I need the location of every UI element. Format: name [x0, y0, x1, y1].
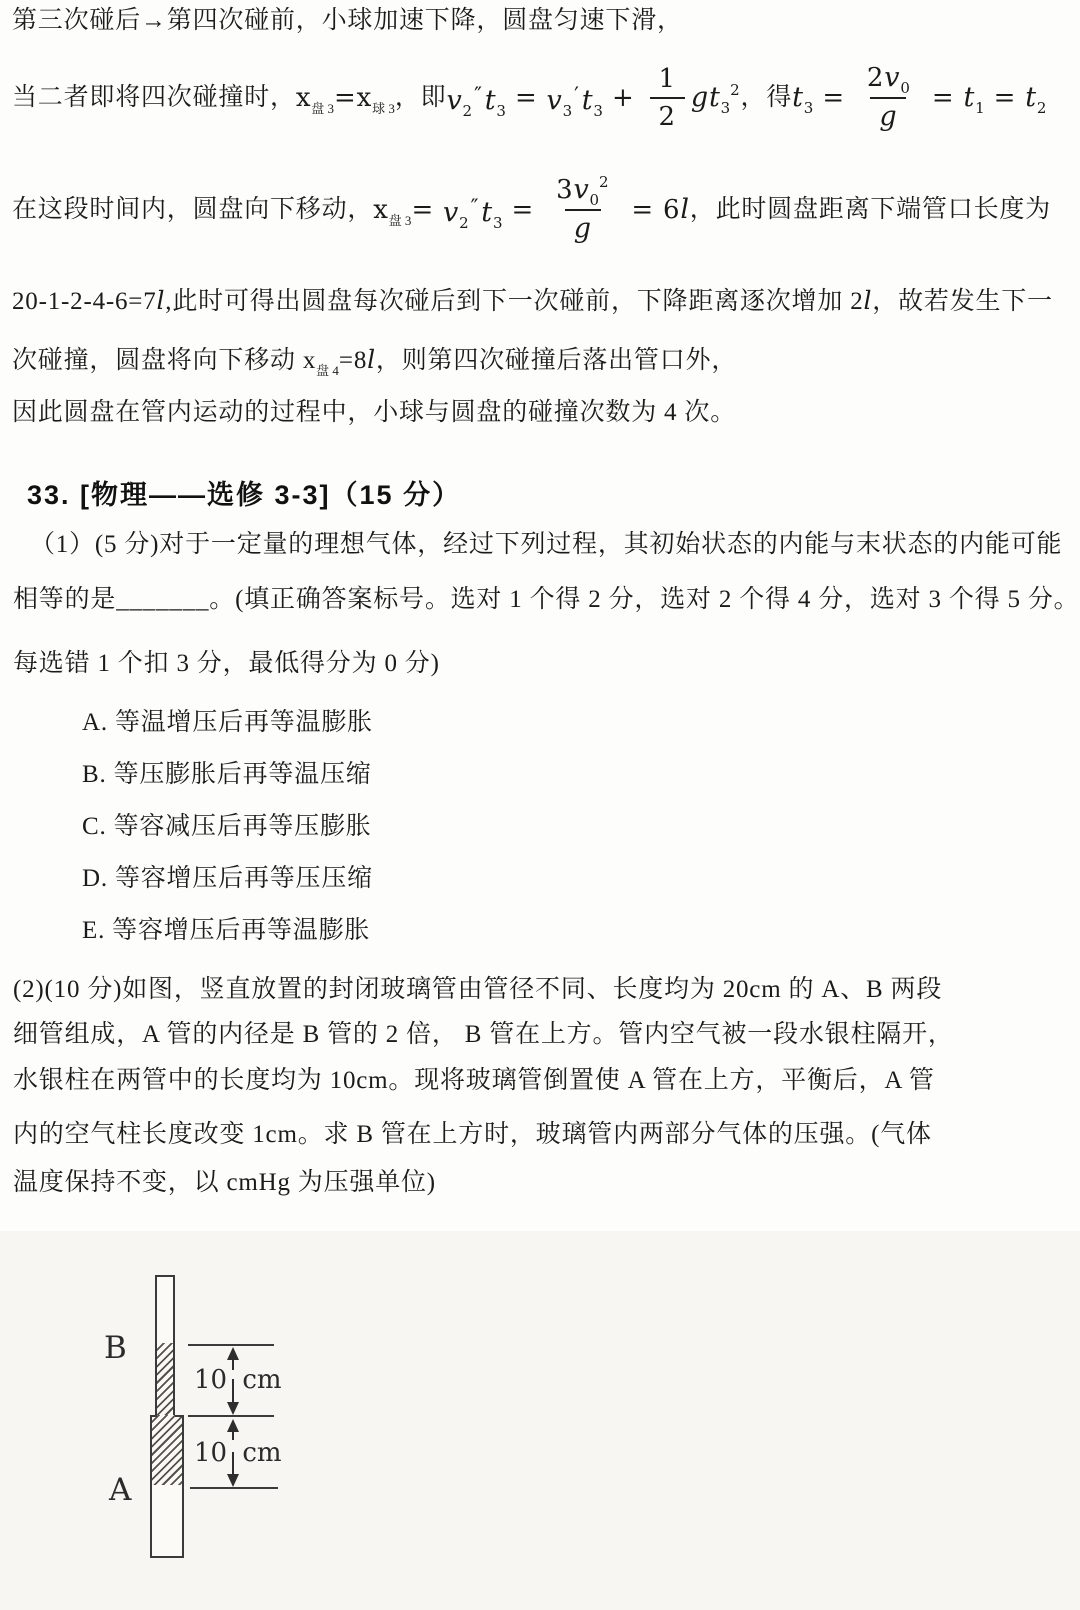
x-pan3-term: x盘 3	[373, 193, 411, 228]
v2-t3-term: v2″t3	[446, 78, 505, 119]
solution-formula-2: 在这段时间内，圆盘向下移动， x盘 3 = v2″t3 = 3v02g = 6l…	[12, 168, 1051, 252]
tube-a-right-shoulder	[175, 1415, 184, 1417]
solution-line-6: 因此圆盘在管内运动的过程中，小球与圆盘的碰撞次数为 4 次。	[12, 397, 736, 429]
solution-line-1: 第三次碰后→第四次碰前，小球加速下降，圆盘匀速下滑，	[12, 5, 683, 37]
t1-term: t1	[963, 81, 984, 116]
solution-line-5: 次碰撞，圆盘将向下移动 x盘 4=8l，则第四次碰撞后落出管口外，	[12, 344, 737, 377]
option-c: C. 等容减压后再等压膨胀	[82, 811, 372, 843]
dim-line-middle	[188, 1415, 274, 1417]
equals-sign: =	[994, 81, 1017, 115]
solution-line-4: 20-1-2-4-6=7l,此时可得出圆盘每次碰后到下一次碰前，下降距离逐次增加…	[12, 285, 1053, 318]
formula1-intro: 当二者即将四次碰撞时，	[12, 81, 296, 115]
equals-sign: =	[411, 193, 434, 227]
q33-part2-line-5: 温度保持不变，以 cmHg 为压强单位)	[13, 1167, 436, 1199]
fraction-3v0sq-over-g: 3v02g	[549, 175, 616, 245]
equals-sign: =	[515, 81, 538, 115]
option-e: E. 等容增压后再等温膨胀	[82, 915, 370, 947]
q33-part2-line-1: (2)(10 分)如图，竖直放置的封闭玻璃管由管径不同、长度均为 20cm 的 …	[13, 974, 942, 1006]
q33-part1-line-2: 相等的是_______。(填正确答案标号。选对 1 个得 2 分，选对 2 个得…	[13, 584, 1079, 616]
q33-part2-line-4: 内的空气柱长度改变 1cm。求 B 管在上方时，玻璃管内两部分气体的压强。(气体	[13, 1119, 932, 1151]
q33-part1-line-3: 每选错 1 个扣 3 分，最低得分为 0 分)	[13, 648, 440, 680]
fraction-2v0-over-g: 2v0g	[860, 63, 917, 133]
arrowhead-down-icon	[227, 1402, 239, 1415]
solution-formula-1: 当二者即将四次碰撞时， x盘 3 = x球 3 ，即 v2″t3 = v3′t3…	[12, 56, 1046, 140]
q33-part2-line-2: 细管组成，A 管的内径是 B 管的 2 倍， B 管在上方。管内空气被一段水银柱…	[13, 1019, 954, 1051]
tube-b-label: B	[104, 1330, 127, 1366]
equals-sign: =	[932, 81, 955, 115]
equals-sign: =	[631, 193, 654, 227]
dim-label-a-mercury: 10 cm	[194, 1438, 282, 1468]
six-l-term: 6l	[663, 193, 690, 228]
exam-solution-page: 第三次碰后→第四次碰前，小球加速下降，圆盘匀速下滑， 当二者即将四次碰撞时， x…	[0, 0, 1080, 1610]
equals-sign: =	[512, 193, 535, 227]
formula2-tail: ，此时圆盘距离下端管口长度为	[690, 193, 1051, 227]
equals-sign: =	[334, 81, 357, 115]
fraction-one-half: 12	[650, 64, 685, 132]
tube-b-narrow	[155, 1275, 175, 1415]
x-pan3-term: x盘 3	[296, 81, 334, 116]
glass-tube-figure: B A 10 cm 10 cm	[88, 1238, 338, 1573]
equals-sign: =	[822, 81, 845, 115]
mercury-column-a	[152, 1415, 182, 1485]
dim-label-b-mercury: 10 cm	[194, 1365, 282, 1395]
v3-t3-term: v3′t3	[547, 78, 603, 119]
plus-sign: +	[612, 81, 635, 115]
arrow-stem	[232, 1379, 234, 1403]
option-d: D. 等容增压后再等压压缩	[82, 863, 373, 895]
v2-t3-term: v2″t3	[443, 190, 502, 231]
t3-term: t3	[792, 81, 813, 116]
x-qiu3-term: x球 3	[357, 81, 395, 116]
q33-part2-line-3: 水银柱在两管中的长度均为 10cm。现将玻璃管倒置使 A 管在上方，平衡后，A …	[13, 1065, 935, 1097]
mercury-column-b	[157, 1343, 173, 1415]
g-t3-squared-term: gt32	[691, 81, 741, 116]
tube-a-wide	[150, 1415, 184, 1558]
dim-line-top	[188, 1344, 274, 1346]
formula2-intro: 在这段时间内，圆盘向下移动，	[12, 193, 373, 227]
q33-part1-line-1: （1）(5 分)对于一定量的理想气体，经过下列过程，其初始状态的内能与末状态的内…	[30, 529, 1062, 561]
option-a: A. 等温增压后再等温膨胀	[82, 707, 373, 739]
t2-term: t2	[1025, 81, 1046, 116]
dim-line-bottom	[190, 1487, 278, 1489]
arrow-stem	[232, 1452, 234, 1474]
question-33-heading: 33. [物理——选修 3-3]（15 分）	[27, 479, 461, 511]
formula1-ji: ，即	[395, 81, 447, 115]
option-b: B. 等压膨胀后再等温压缩	[82, 759, 372, 791]
arrowhead-down-icon	[227, 1474, 239, 1487]
tube-a-label: A	[109, 1472, 131, 1508]
formula1-de: ，得	[741, 81, 793, 115]
tube-a-left-shoulder	[150, 1415, 157, 1417]
